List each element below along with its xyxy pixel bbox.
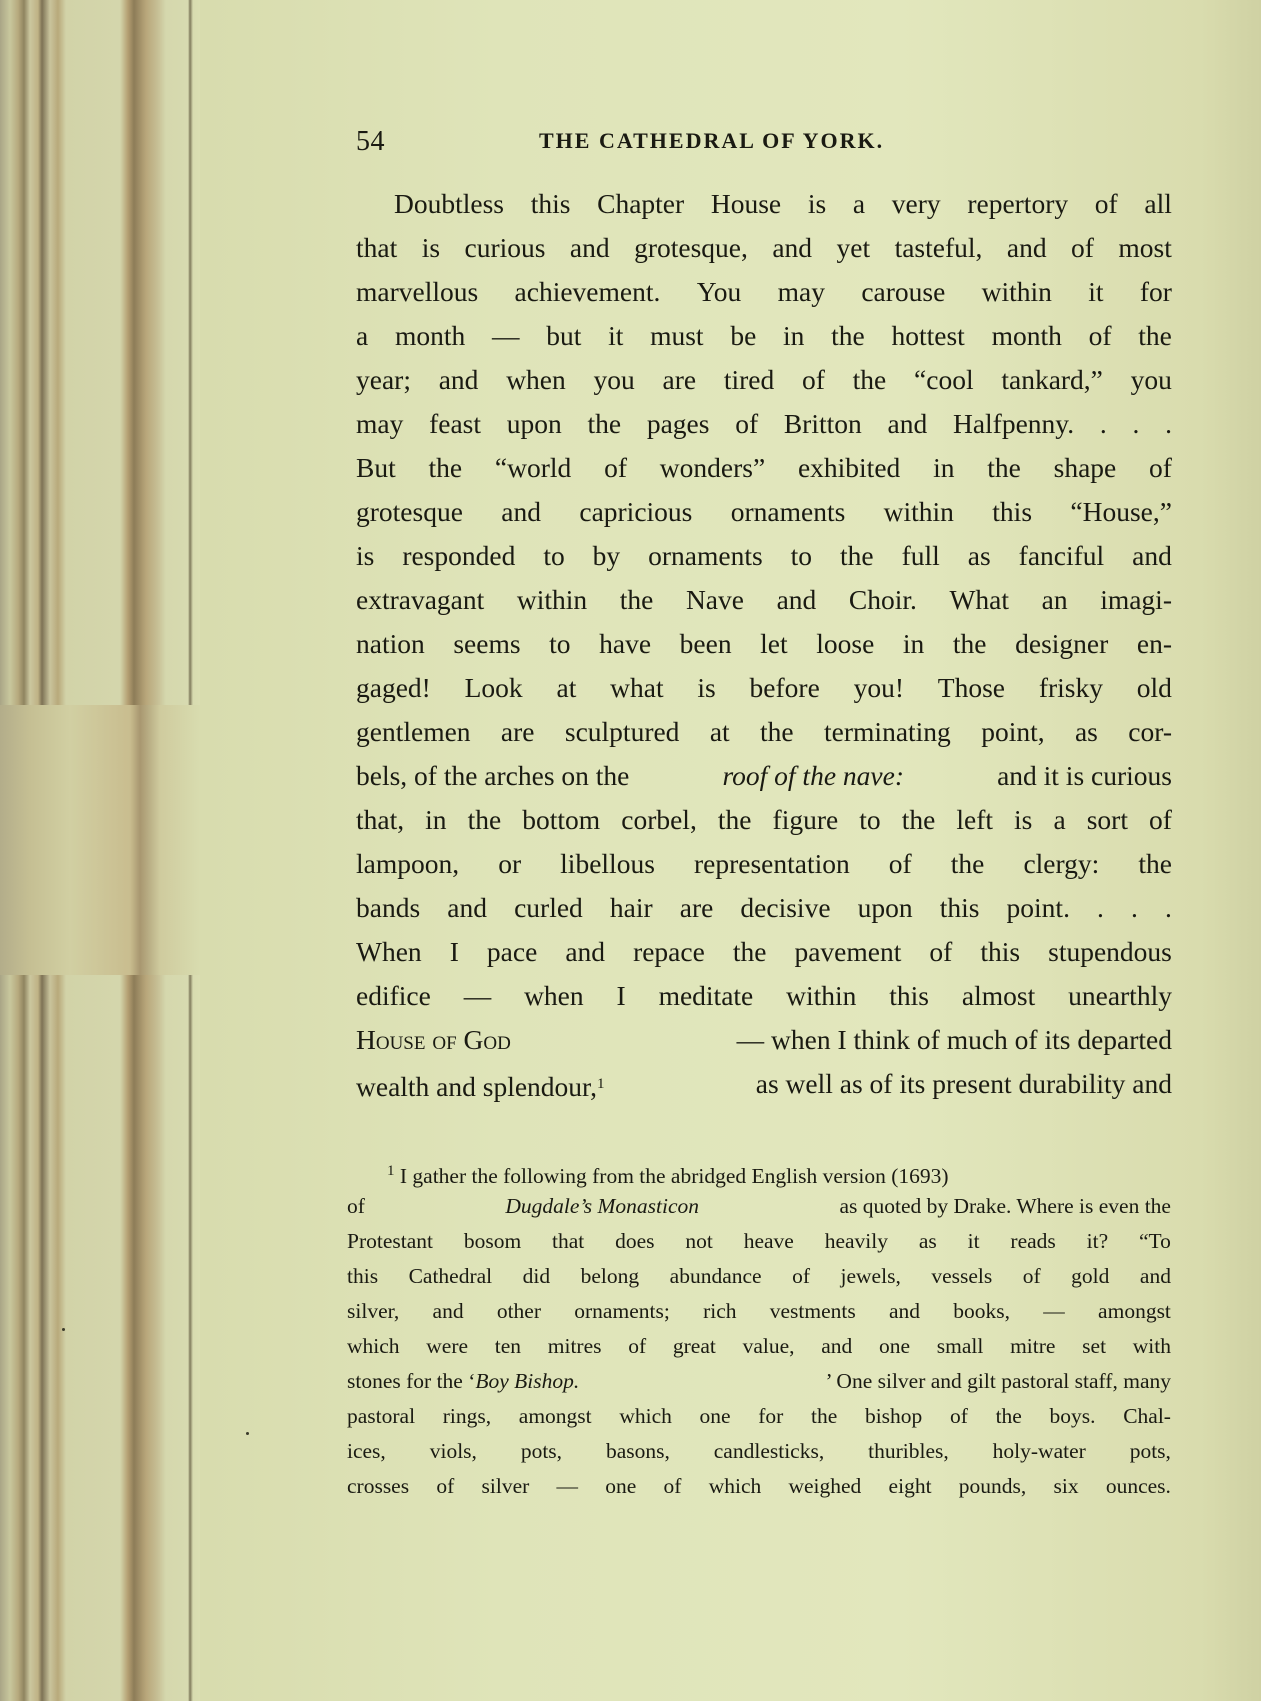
word: bishop xyxy=(865,1399,922,1434)
word: . xyxy=(1131,886,1138,930)
word: the xyxy=(996,1399,1022,1434)
word: it xyxy=(968,1224,980,1259)
word: Choir. xyxy=(849,578,917,622)
word: feast xyxy=(429,402,481,446)
footnote-line: pastoralrings,amongstwhichoneforthebisho… xyxy=(347,1399,1171,1434)
word: were xyxy=(426,1329,468,1364)
word: mitre xyxy=(1010,1329,1055,1364)
word: jewels, xyxy=(841,1259,901,1294)
word: to xyxy=(791,534,812,578)
word: designer xyxy=(1015,622,1108,666)
word: ices, xyxy=(347,1434,386,1469)
word: the xyxy=(1138,314,1172,358)
word: you xyxy=(594,358,635,402)
word: representation xyxy=(694,842,850,886)
body-line: bandsandcurledhairaredecisiveuponthispoi… xyxy=(356,886,1172,930)
word: lampoon, xyxy=(356,842,459,886)
word: Protestant xyxy=(347,1224,433,1259)
word: this xyxy=(347,1259,378,1294)
word: and xyxy=(889,1294,920,1329)
word: small xyxy=(937,1329,984,1364)
word: a xyxy=(1053,798,1065,842)
word: one xyxy=(879,1329,910,1364)
word: rich xyxy=(703,1294,736,1329)
word: this xyxy=(992,490,1032,534)
word: this xyxy=(889,974,929,1018)
word: tankard,” xyxy=(1001,358,1103,402)
word: bottom xyxy=(522,798,600,842)
word: wonders” xyxy=(660,446,765,490)
word: pavement xyxy=(794,930,901,974)
word: for xyxy=(758,1399,783,1434)
word: does xyxy=(615,1224,654,1259)
word: at xyxy=(710,710,730,754)
word: You xyxy=(697,270,742,314)
word: is xyxy=(1014,798,1032,842)
footnote-line: thisCathedraldidbelongabundanceofjewels,… xyxy=(347,1259,1171,1294)
word: bosom xyxy=(464,1224,521,1259)
word: let xyxy=(760,622,788,666)
word: value, xyxy=(743,1329,795,1364)
word: pots, xyxy=(1130,1434,1171,1469)
word: month xyxy=(395,314,465,358)
word: it xyxy=(608,314,623,358)
word: as xyxy=(968,534,991,578)
word: of xyxy=(1095,182,1118,226)
word: of xyxy=(792,1259,810,1294)
word: clergy: xyxy=(1023,842,1099,886)
word: that xyxy=(356,226,397,270)
word: crosses xyxy=(347,1469,409,1504)
word: of xyxy=(628,1329,646,1364)
word: “To xyxy=(1139,1224,1171,1259)
word: this xyxy=(940,886,980,930)
body-line: gaged!Lookatwhatisbeforeyou!Thosefriskyo… xyxy=(356,666,1172,710)
word: at xyxy=(556,666,576,710)
word: exhibited xyxy=(798,446,900,490)
word: . xyxy=(1165,886,1172,930)
word: Cathedral xyxy=(409,1259,493,1294)
body-line: marvellousachievement.Youmaycarousewithi… xyxy=(356,270,1172,314)
word: Nave xyxy=(686,578,744,622)
word: pots, xyxy=(521,1434,562,1469)
word: a xyxy=(356,314,368,358)
word: are xyxy=(663,358,697,402)
word: six xyxy=(1054,1469,1079,1504)
word: decisive xyxy=(740,886,830,930)
word: and xyxy=(772,226,812,270)
word: the xyxy=(951,842,985,886)
word: great xyxy=(673,1329,716,1364)
word: month xyxy=(992,314,1062,358)
word: not xyxy=(685,1224,712,1259)
page-number: 54 xyxy=(356,126,385,158)
word: tasteful, xyxy=(895,226,983,270)
word: capricious xyxy=(579,490,692,534)
word: before xyxy=(750,666,820,710)
body-line: thatiscuriousandgrotesque,andyettasteful… xyxy=(356,226,1172,270)
word: carouse xyxy=(861,270,945,314)
word: which xyxy=(709,1469,762,1504)
word: did xyxy=(523,1259,550,1294)
word: is xyxy=(697,666,715,710)
word: this xyxy=(980,930,1020,974)
word: sculptured xyxy=(565,710,680,754)
word: in xyxy=(903,622,924,666)
word: and xyxy=(777,578,817,622)
speck xyxy=(246,1432,249,1435)
word: silver xyxy=(482,1469,530,1504)
word: the xyxy=(718,798,752,842)
word: curled xyxy=(514,886,583,930)
word: I xyxy=(450,930,459,974)
word: edifice xyxy=(356,974,431,1018)
word: pages xyxy=(647,402,710,446)
word: nation xyxy=(356,622,425,666)
italic-phrase: Boy Bishop. xyxy=(475,1369,579,1393)
body-paragraph: DoubtlessthisChapterHouseisaveryrepertor… xyxy=(356,182,1172,1106)
word: vestments xyxy=(770,1294,856,1329)
body-line: DoubtlessthisChapterHouseisaveryrepertor… xyxy=(356,182,1172,226)
word: as xyxy=(1075,710,1098,754)
word: to xyxy=(543,534,564,578)
word: What xyxy=(949,578,1009,622)
body-line: nationseemstohavebeenletlooseinthedesign… xyxy=(356,622,1172,666)
word: of xyxy=(436,1469,454,1504)
word: to xyxy=(859,798,880,842)
word: are xyxy=(501,710,535,754)
word: what xyxy=(610,666,663,710)
word: of xyxy=(1071,226,1094,270)
word: upon xyxy=(858,886,913,930)
word: en- xyxy=(1137,622,1172,666)
word: achievement. xyxy=(515,270,661,314)
word: point, xyxy=(981,710,1044,754)
word: upon xyxy=(507,402,562,446)
footnote-line: whichweretenmitresofgreatvalue,andonesma… xyxy=(347,1329,1171,1364)
word: Britton xyxy=(784,402,862,446)
word: and xyxy=(565,930,605,974)
word: may xyxy=(778,270,825,314)
word: the xyxy=(1138,842,1172,886)
word: one xyxy=(700,1399,731,1434)
footnote-line: stones for the ‘Boy Bishop. ’ One silver… xyxy=(347,1364,1171,1399)
word: responded xyxy=(402,534,515,578)
word: holy-water xyxy=(993,1434,1086,1469)
word: most xyxy=(1118,226,1171,270)
word: of xyxy=(664,1469,682,1504)
word: that, xyxy=(356,798,404,842)
footnote-line: Protestantbosomthatdoesnotheaveheavilyas… xyxy=(347,1224,1171,1259)
word: is xyxy=(808,182,826,226)
word: all xyxy=(1144,182,1172,226)
word: left xyxy=(956,798,993,842)
word: within xyxy=(982,270,1052,314)
footnote-line: ices,viols,pots,basons,candlesticks,thur… xyxy=(347,1434,1171,1469)
word: eight xyxy=(889,1469,932,1504)
word: . xyxy=(1165,402,1172,446)
footnote-marker: 1 xyxy=(387,1163,395,1179)
word: abundance xyxy=(670,1259,762,1294)
word: “world xyxy=(495,446,571,490)
word: and xyxy=(570,226,610,270)
word: with xyxy=(1133,1329,1171,1364)
word: I xyxy=(617,974,626,1018)
word: But xyxy=(356,446,396,490)
word: rings, xyxy=(443,1399,491,1434)
word: thuribles, xyxy=(868,1434,949,1469)
word: “cool xyxy=(914,358,974,402)
word: unearthly xyxy=(1068,974,1172,1018)
word: almost xyxy=(962,974,1035,1018)
word: meditate xyxy=(659,974,754,1018)
word: shape xyxy=(1054,446,1117,490)
word: of xyxy=(604,446,627,490)
word: figure xyxy=(773,798,839,842)
word: When xyxy=(356,930,422,974)
word: . xyxy=(1132,402,1139,446)
word: the xyxy=(468,798,502,842)
body-line: lampoon,orlibellousrepresentationofthecl… xyxy=(356,842,1172,886)
word: frisky xyxy=(1039,666,1103,710)
body-line: gentlemenaresculpturedattheterminatingpo… xyxy=(356,710,1172,754)
word: and xyxy=(501,490,541,534)
word: reads xyxy=(1010,1224,1055,1259)
word: hair xyxy=(610,886,653,930)
word: in xyxy=(783,314,804,358)
word: it xyxy=(1088,270,1103,314)
word: curious xyxy=(465,226,546,270)
word: pastoral xyxy=(347,1399,415,1434)
page-stack-blur-band xyxy=(0,705,200,975)
body-line: isrespondedtobyornamentstothefullasfanci… xyxy=(356,534,1172,578)
word: this xyxy=(531,182,571,226)
body-line: that,inthebottomcorbel,thefiguretothelef… xyxy=(356,798,1172,842)
word: very xyxy=(892,182,941,226)
word: year; xyxy=(356,358,411,402)
word: within xyxy=(786,974,856,1018)
book-page: 54 THE CATHEDRAL OF YORK. DoubtlessthisC… xyxy=(0,0,1261,1701)
word: the xyxy=(853,358,887,402)
word: boys. xyxy=(1050,1399,1096,1434)
word: terminating xyxy=(824,710,951,754)
body-line: extravagantwithintheNaveandChoir.Whatani… xyxy=(356,578,1172,622)
word: seems xyxy=(453,622,520,666)
small-caps-phrase: House of God xyxy=(356,1018,511,1062)
word: full xyxy=(902,534,940,578)
word: “House,” xyxy=(1070,490,1172,534)
word: and xyxy=(447,886,487,930)
word: books, xyxy=(953,1294,1010,1329)
word: bands xyxy=(356,886,420,930)
word: you xyxy=(1131,358,1172,402)
word: Those xyxy=(938,666,1005,710)
word: within xyxy=(517,578,587,622)
footnote-reference[interactable]: 1 xyxy=(597,1076,605,1092)
word: pounds, xyxy=(959,1469,1027,1504)
word: of xyxy=(1089,314,1112,358)
word: of xyxy=(929,930,952,974)
word: sort xyxy=(1087,798,1128,842)
word: and xyxy=(1132,534,1172,578)
word: as xyxy=(919,1224,937,1259)
word: Chapter xyxy=(597,182,684,226)
word: Halfpenny. xyxy=(953,402,1074,446)
footnote: 1 I gather the following from the abridg… xyxy=(347,1154,1171,1504)
word: in xyxy=(425,798,446,842)
speck xyxy=(62,1328,65,1331)
word: one xyxy=(605,1469,636,1504)
word: which xyxy=(347,1329,400,1364)
word: when xyxy=(524,974,584,1018)
word: of xyxy=(1149,446,1172,490)
word: amongst xyxy=(1098,1294,1171,1329)
body-line: mayfeastuponthepagesofBrittonandHalfpenn… xyxy=(356,402,1172,446)
word: a xyxy=(853,182,865,226)
word: be xyxy=(730,314,756,358)
word: the xyxy=(760,710,794,754)
word: the xyxy=(587,402,621,446)
word: that xyxy=(552,1224,584,1259)
word: and xyxy=(821,1329,852,1364)
word: ounces. xyxy=(1106,1469,1171,1504)
word: when xyxy=(506,358,566,402)
word: grotesque, xyxy=(634,226,748,270)
italic-title: Dugdale’s Monasticon xyxy=(505,1189,699,1224)
body-line: wealth and splendour,1 as well as of its… xyxy=(356,1062,1172,1106)
word: ornaments xyxy=(731,490,846,534)
word: cor- xyxy=(1128,710,1172,754)
word: — xyxy=(1043,1294,1065,1329)
word: you! xyxy=(854,666,904,710)
word: of xyxy=(802,358,825,402)
word: repace xyxy=(633,930,705,974)
word: ornaments; xyxy=(574,1294,670,1329)
word: weighed xyxy=(788,1469,861,1504)
word: for xyxy=(1140,270,1172,314)
footnote-line: crossesofsilver—oneofwhichweighedeightpo… xyxy=(347,1469,1171,1504)
word: marvellous xyxy=(356,270,478,314)
page-header: 54 THE CATHEDRAL OF YORK. xyxy=(356,126,1176,166)
word: extravagant xyxy=(356,578,484,622)
word: an xyxy=(1042,578,1068,622)
word: in xyxy=(933,446,954,490)
word: Doubtless xyxy=(394,182,504,226)
word: repertory xyxy=(967,182,1068,226)
word: the xyxy=(902,798,936,842)
word: basons, xyxy=(606,1434,670,1469)
word: candlesticks, xyxy=(714,1434,824,1469)
word: is xyxy=(356,534,374,578)
word: Look xyxy=(465,666,523,710)
word: mitres xyxy=(548,1329,602,1364)
body-line: WhenIpaceandrepacethepavementofthisstupe… xyxy=(356,930,1172,974)
word: heave xyxy=(744,1224,794,1259)
word: and xyxy=(888,402,928,446)
running-title: THE CATHEDRAL OF YORK. xyxy=(539,128,884,154)
word: the xyxy=(953,622,987,666)
word: — xyxy=(557,1469,579,1504)
word: pace xyxy=(487,930,537,974)
word: libellous xyxy=(560,842,655,886)
body-line: edifice—whenImeditatewithinthisalmostune… xyxy=(356,974,1172,1018)
word: viols, xyxy=(430,1434,477,1469)
word: of xyxy=(889,842,912,886)
word: or xyxy=(498,842,521,886)
word: gentlemen xyxy=(356,710,471,754)
word: by xyxy=(593,534,621,578)
word: and xyxy=(433,1294,464,1329)
word: and xyxy=(1007,226,1047,270)
body-line: House of God — when I think of much of i… xyxy=(356,1018,1172,1062)
word: old xyxy=(1137,666,1172,710)
word: gaged! xyxy=(356,666,431,710)
word: but xyxy=(546,314,581,358)
word: which xyxy=(619,1399,672,1434)
word: and xyxy=(1140,1259,1171,1294)
body-line: grotesqueandcapriciousornamentswithinthi… xyxy=(356,490,1172,534)
word: Chal- xyxy=(1123,1399,1171,1434)
word: — xyxy=(492,314,520,358)
body-line: Butthe“worldofwonders”exhibitedintheshap… xyxy=(356,446,1172,490)
word: the xyxy=(733,930,767,974)
word: it? xyxy=(1087,1224,1109,1259)
word: — xyxy=(464,974,492,1018)
body-line: bels, of the arches on the roof of the n… xyxy=(356,754,1172,798)
word: hottest xyxy=(891,314,964,358)
word: the xyxy=(831,314,865,358)
word: yet xyxy=(837,226,871,270)
word: the xyxy=(811,1399,837,1434)
word: ten xyxy=(495,1329,521,1364)
word: to xyxy=(549,622,570,666)
word: other xyxy=(497,1294,541,1329)
word: point. xyxy=(1007,886,1070,930)
body-line: amonth—butitmustbeinthehottestmonthofthe xyxy=(356,314,1172,358)
word: and xyxy=(439,358,479,402)
footnote-line: of Dugdale’s Monasticon as quoted by Dra… xyxy=(347,1189,1171,1224)
word: have xyxy=(599,622,651,666)
body-line: year;andwhenyouaretiredofthe“cooltankard… xyxy=(356,358,1172,402)
italic-phrase: roof of the nave: xyxy=(722,754,904,798)
word: of xyxy=(1149,798,1172,842)
word: vessels xyxy=(931,1259,992,1294)
word: tired xyxy=(724,358,774,402)
word: of xyxy=(1023,1259,1041,1294)
footnote-line: silver,andotherornaments;richvestmentsan… xyxy=(347,1294,1171,1329)
word: amongst xyxy=(519,1399,592,1434)
word: may xyxy=(356,402,403,446)
word: loose xyxy=(816,622,874,666)
word: fanciful xyxy=(1019,534,1105,578)
word: of xyxy=(950,1399,968,1434)
word: are xyxy=(680,886,714,930)
word: imagi- xyxy=(1100,578,1172,622)
word: . xyxy=(1097,886,1104,930)
word: is xyxy=(422,226,440,270)
word: . xyxy=(1100,402,1107,446)
word: must xyxy=(650,314,703,358)
word: belong xyxy=(581,1259,640,1294)
word: within xyxy=(884,490,954,534)
word: grotesque xyxy=(356,490,463,534)
word: the xyxy=(429,446,463,490)
word: House xyxy=(711,182,781,226)
word: the xyxy=(987,446,1021,490)
word: stupendous xyxy=(1048,930,1172,974)
footnote-line: 1 I gather the following from the abridg… xyxy=(347,1154,1171,1189)
word: heavily xyxy=(825,1224,888,1259)
